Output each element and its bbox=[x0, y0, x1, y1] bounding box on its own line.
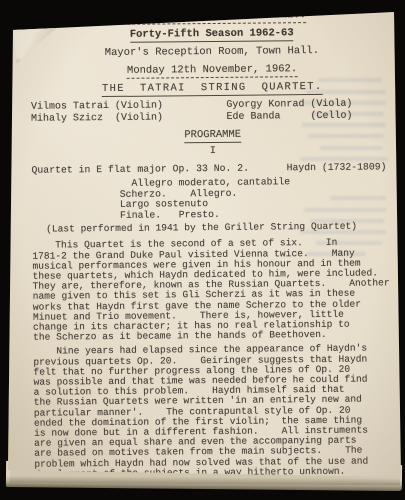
society-title: THE HUDDERSFIELD MUSIC SOCIETY bbox=[30, 8, 393, 24]
performer-instrument: (Violin) bbox=[115, 112, 213, 125]
programme-note-paragraph: Nine years had elapsed since the appeara… bbox=[33, 344, 397, 480]
photo-background: THE HUDDERSFIELD MUSIC SOCIETY Forty-Fif… bbox=[0, 0, 405, 500]
performers-column-right: Gyorgy Konrad(Viola)Ede Banda(Cello) bbox=[212, 98, 394, 124]
programme-heading: PROGRAMME bbox=[31, 127, 394, 143]
last-performed-note: (Last performed in 1941 by the Griller S… bbox=[46, 221, 395, 235]
ensemble-title-text: THE TATRAI STRING QUARTET. bbox=[102, 81, 323, 97]
venue-text: Mayor's Reception Room, Town Hall. bbox=[105, 45, 319, 59]
performer-name: Vilmos Tatrai bbox=[31, 101, 115, 114]
programme-note-paragraph: This Quartet is the second of a set of s… bbox=[32, 238, 396, 344]
programme-item-number: I bbox=[31, 144, 394, 158]
date-text: Monday 12th November, 1962. bbox=[127, 63, 297, 79]
movement-line: Finale. Presto. bbox=[120, 208, 395, 221]
staple-icon bbox=[17, 15, 51, 26]
performer-name: Ede Banda bbox=[226, 111, 310, 124]
performer-instrument: (Cello) bbox=[310, 110, 394, 123]
season-title: Forty-Fifth Season 1962-63 bbox=[30, 26, 393, 42]
movements-list: Allegro moderato, cantabileScherzo. Alle… bbox=[120, 176, 395, 221]
performer-row: Mihaly Szicz(Violin) bbox=[31, 112, 213, 126]
performer-row: Ede Banda(Cello) bbox=[226, 110, 394, 124]
programme-notes: This Quartet is the second of a set of s… bbox=[32, 238, 397, 480]
date-line: Monday 12th November, 1962. bbox=[31, 62, 394, 78]
season-title-text: Forty-Fifth Season 1962-63 bbox=[130, 27, 294, 43]
venue-line: Mayor's Reception Room, Town Hall. bbox=[30, 44, 393, 60]
work-title: Quartet in E flat major Op. 33 No. 2. bbox=[31, 163, 249, 176]
performer-instrument: (Violin) bbox=[115, 100, 213, 113]
ensemble-title: THE TATRAI STRING QUARTET. bbox=[31, 80, 394, 96]
composer-name: Haydn (1732-1809) bbox=[287, 161, 387, 173]
page-content: THE HUDDERSFIELD MUSIC SOCIETY Forty-Fif… bbox=[30, 8, 398, 484]
performer-instrument: (Viola) bbox=[310, 98, 394, 111]
programme-page: THE HUDDERSFIELD MUSIC SOCIETY Forty-Fif… bbox=[0, 0, 405, 500]
performers-list: Vilmos Tatrai(Violin)Mihaly Szicz(Violin… bbox=[31, 98, 394, 125]
programme-heading-text: PROGRAMME bbox=[184, 129, 241, 144]
society-title-text: THE HUDDERSFIELD MUSIC SOCIETY bbox=[117, 9, 306, 25]
performer-name: Mihaly Szicz bbox=[31, 113, 115, 126]
performer-name: Gyorgy Konrad bbox=[226, 99, 310, 112]
work-line: Quartet in E flat major Op. 33 No. 2. Ha… bbox=[31, 161, 394, 175]
performers-column-left: Vilmos Tatrai(Violin)Mihaly Szicz(Violin… bbox=[31, 100, 213, 126]
